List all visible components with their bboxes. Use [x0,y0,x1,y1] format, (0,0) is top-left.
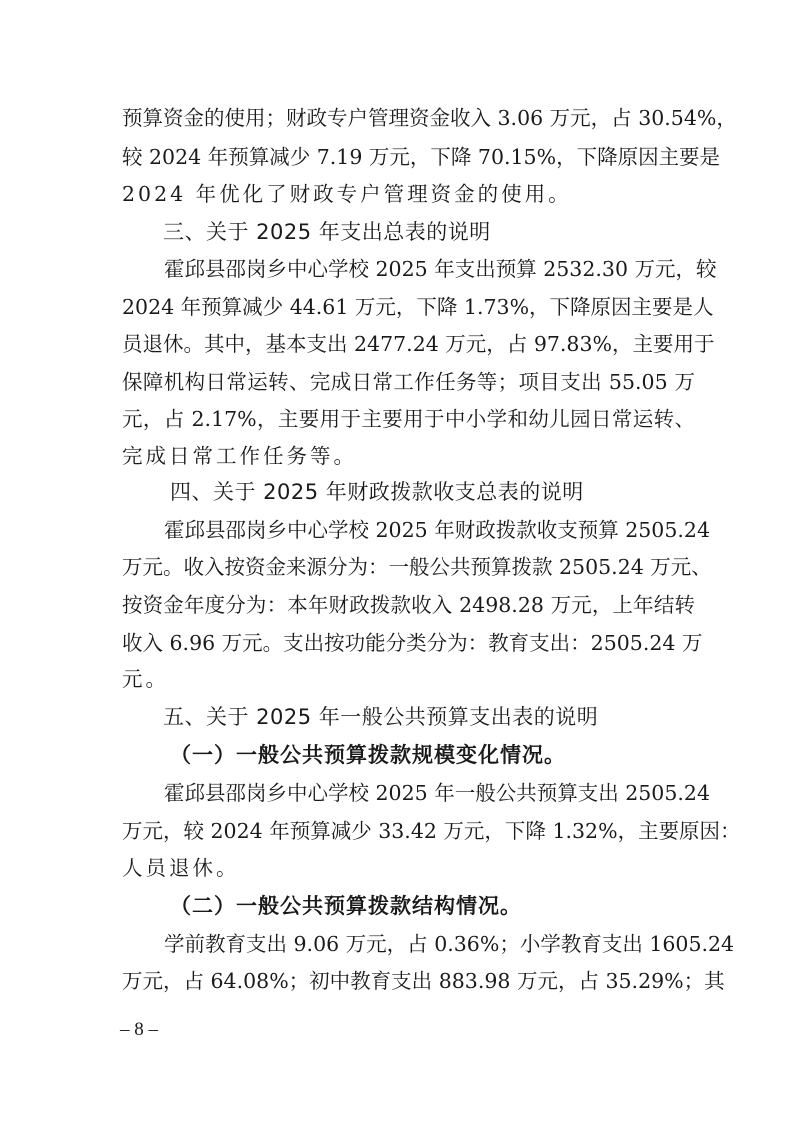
section-heading: 五、关于 2025 年一般公共预算支出表的说明 [163,702,598,732]
page-number: – 8 – [120,1016,158,1044]
subsection-heading: （二）一般公共预算拨款结构情况。 [170,891,522,921]
paragraph-line: 万元，较 2024 年预算减少 33.42 万元，下降 1.32%，主要原因： [122,816,695,846]
paragraph-line: 2024 年预算减少 44.61 万元，下降 1.73%，下降原因主要是人 [122,292,695,322]
paragraph-line: 按资金年度分为：本年财政拨款收入 2498.28 万元，上年结转 [122,590,695,620]
section-heading: 四、关于 2025 年财政拨款收支总表的说明 [170,477,584,507]
paragraph-line: 霍邱县邵岗乡中心学校 2025 年一般公共预算支出 2505.24 [164,778,695,808]
paragraph-line: 霍邱县邵岗乡中心学校 2025 年财政拨款收支预算 2505.24 [164,515,695,545]
paragraph-line: 元。 [122,664,169,694]
paragraph-line: 完成日常工作任务等。 [122,441,357,471]
paragraph-line: 员退休。其中，基本支出 2477.24 万元，占 97.83%，主要用于 [122,329,695,359]
paragraph-line: 2024 年优化了财政专户管理资金的使用。 [122,179,572,209]
paragraph-line: 预算资金的使用；财政专户管理资金收入 3.06 万元，占 30.54%， [122,103,695,133]
paragraph-line: 较 2024 年预算减少 7.19 万元，下降 70.15%，下降原因主要是 [122,142,695,172]
section-heading: 三、关于 2025 年支出总表的说明 [163,217,491,247]
paragraph-line: 收入 6.96 万元。支出按功能分类分为：教育支出：2505.24 万 [122,628,695,658]
paragraph-line: 万元。收入按资金来源分为：一般公共预算拨款 2505.24 万元、 [122,552,695,582]
paragraph-line: 学前教育支出 9.06 万元，占 0.36%；小学教育支出 1605.24 [164,929,695,959]
subsection-heading: （一）一般公共预算拨款规模变化情况。 [170,740,566,770]
paragraph-line: 万元，占 64.08%；初中教育支出 883.98 万元，占 35.29%；其 [122,966,695,996]
paragraph-line: 保障机构日常运转、完成日常工作任务等；项目支出 55.05 万 [122,367,695,397]
paragraph-line: 元，占 2.17%，主要用于主要用于中小学和幼儿园日常运转、 [122,404,695,434]
document-page: 预算资金的使用；财政专户管理资金收入 3.06 万元，占 30.54%，较 20… [0,0,793,1122]
paragraph-line: 霍邱县邵岗乡中心学校 2025 年支出预算 2532.30 万元，较 [164,254,695,284]
paragraph-line: 人员退休。 [122,853,240,883]
